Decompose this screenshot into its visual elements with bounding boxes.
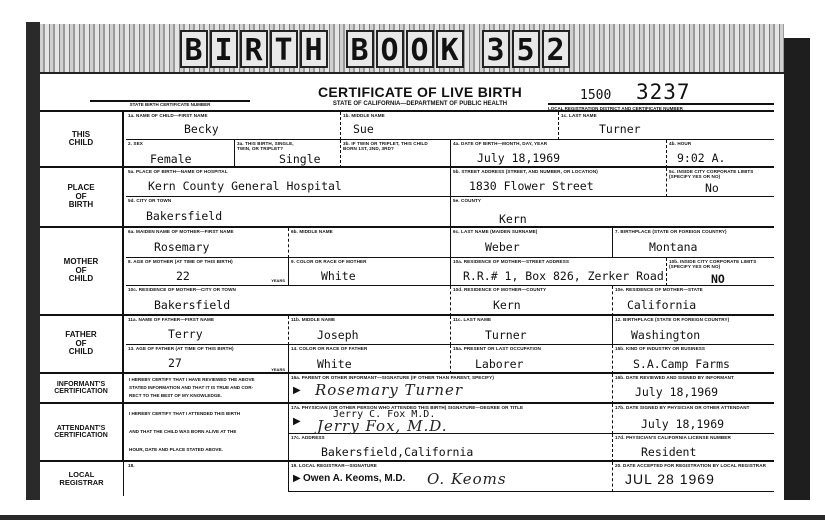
banner-letter: 2 <box>542 30 570 68</box>
field-label: 17d. PHYSICIAN'S CALIFORNIA LICENSE NUMB… <box>615 435 731 440</box>
child-birth-type-cell: 3a. THIS BIRTH, SINGLE, TWIN, OR TRIPLET… <box>234 140 340 168</box>
child-birth-type: Single <box>279 152 321 166</box>
field-label: 5e. COUNTY <box>453 198 481 203</box>
attendant-statement-1: I HEREBY CERTIFY THAT I ATTENDED THIS BI… <box>129 412 240 417</box>
informant-statement-3: RECT TO THE BEST OF MY KNOWLEDGE. <box>129 394 222 399</box>
father-middle-name: Joseph <box>317 328 359 342</box>
field-label: 17c. ADDRESS <box>291 435 325 440</box>
field-label: 1c. LAST NAME <box>561 113 597 118</box>
child-first-name-cell: 1a. NAME OF CHILD—FIRST NAME Becky <box>126 112 340 140</box>
field-label: 12. BIRTHPLACE (STATE OR FOREIGN COUNTRY… <box>615 317 729 322</box>
mother-age-cell: 8. AGE OF MOTHER (AT TIME OF THIS BIRTH)… <box>126 258 288 286</box>
section-registrar: LOCAL REGISTRAR 18. 19. LOCAL REGISTRAR—… <box>40 460 774 496</box>
section-attendant: ATTENDANT'S CERTIFICATION I HEREBY CERTI… <box>40 402 774 460</box>
field-label: 4b. HOUR <box>669 141 691 146</box>
field-label: 11c. LAST NAME <box>453 317 491 322</box>
field-label: 5b. STREET ADDRESS (STREET, AND NUMBER, … <box>453 169 598 174</box>
field-label: 6c. LAST NAME (MAIDEN SURNAME) <box>453 229 537 234</box>
field-label: 15b. KIND OF INDUSTRY OR BUSINESS <box>615 346 705 351</box>
local-certificate-number: 3237 <box>636 80 691 104</box>
state-certificate-number-label: STATE BIRTH CERTIFICATE NUMBER <box>90 100 250 107</box>
registrar-signature-cell: 19. LOCAL REGISTRAR—SIGNATURE ▶ Owen A. … <box>288 462 612 492</box>
child-middle-name: Sue <box>353 122 374 136</box>
field-label: 3b. IF TWIN OR TRIPLET, THIS CHILD BORN … <box>343 141 443 151</box>
birth-street-cell: 5b. STREET ADDRESS (STREET, AND NUMBER, … <box>450 168 666 197</box>
birth-inside-city: No <box>705 181 719 195</box>
child-sex: Female <box>150 152 192 166</box>
section-label-attendant: ATTENDANT'S CERTIFICATION <box>40 404 124 460</box>
mother-last-name: Weber <box>485 240 520 254</box>
child-hour: 9:02 A. <box>677 151 725 165</box>
mother-age: 22 <box>176 269 190 283</box>
field-label: 9. COLOR OR RACE OF MOTHER <box>291 259 367 264</box>
child-middle-name-cell: 1b. MIDDLE NAME Sue <box>340 112 558 140</box>
field-label: 1b. MIDDLE NAME <box>343 113 385 118</box>
section-informant: INFORMANT'S CERTIFICATION I HEREBY CERTI… <box>40 372 774 402</box>
child-birth-order-cell: 3b. IF TWIN OR TRIPLET, THIS CHILD BORN … <box>340 140 450 168</box>
mother-county: Kern <box>493 298 521 312</box>
banner-letter: 3 <box>482 30 510 68</box>
local-district-number: 1500 <box>580 88 611 103</box>
child-last-name-cell: 1c. LAST NAME Turner <box>558 112 774 140</box>
mother-last-name-cell: 6c. LAST NAME (MAIDEN SURNAME) Weber <box>450 228 612 258</box>
banner-letter: H <box>300 30 328 68</box>
birth-county-cell: 5e. COUNTY Kern <box>450 197 774 228</box>
child-last-name: Turner <box>599 122 641 136</box>
field-label: 16a. PARENT OR OTHER INFORMANT—SIGNATURE… <box>291 375 494 380</box>
scan-left-edge <box>26 22 40 500</box>
mother-race: White <box>321 269 356 283</box>
field-label: 16b. DATE REVIEWED AND SIGNED BY INFORMA… <box>615 375 734 380</box>
hospital-name: Kern County General Hospital <box>148 179 342 193</box>
field-label: 11a. NAME OF FATHER—FIRST NAME <box>128 317 214 322</box>
field-label: 10e. RESIDENCE OF MOTHER—STATE <box>615 287 703 292</box>
field-label: 4a. DATE OF BIRTH—MONTH, DAY, YEAR <box>453 141 547 146</box>
field-label: 5a. PLACE OF BIRTH—NAME OF HOSPITAL <box>128 169 228 174</box>
child-dob-cell: 4a. DATE OF BIRTH—MONTH, DAY, YEAR July … <box>450 140 666 168</box>
banner-letter: K <box>436 30 464 68</box>
field-label: 10c. RESIDENCE OF MOTHER—CITY OR TOWN <box>128 287 236 292</box>
birth-county: Kern <box>499 212 527 226</box>
banner-gap <box>466 30 480 68</box>
field-label: 10b. INSIDE CITY CORPORATE LIMITS (SPECI… <box>669 259 769 269</box>
hospital-cell: 5a. PLACE OF BIRTH—NAME OF HOSPITAL Kern… <box>126 168 450 197</box>
informant-statement-2: STATED INFORMATION AND THAT IT IS TRUE A… <box>129 386 253 391</box>
father-last-name-cell: 11c. LAST NAME Turner <box>450 316 612 345</box>
field-label: 7. BIRTHPLACE (STATE OR FOREIGN COUNTRY) <box>615 229 727 234</box>
father-age-cell: 13. AGE OF FATHER (AT TIME OF THIS BIRTH… <box>126 345 288 374</box>
father-middle-name-cell: 11b. MIDDLE NAME Joseph <box>288 316 450 345</box>
banner-letter: B <box>346 30 374 68</box>
section-place-of-birth: PLACE OF BIRTH 5a. PLACE OF BIRTH—NAME O… <box>40 166 774 226</box>
registrar-field-18-cell: 18. <box>126 462 288 498</box>
informant-statement-1: I HEREBY CERTIFY THAT I HAVE REVIEWED TH… <box>129 378 255 383</box>
attendant-date-cell: 17b. DATE SIGNED BY PHYSICIAN OR OTHER A… <box>612 404 774 434</box>
scan-right-edge <box>784 38 810 500</box>
mother-city: Bakersfield <box>154 298 230 312</box>
mother-county-cell: 10d. RESIDENCE OF MOTHER—COUNTY Kern <box>450 286 612 316</box>
registrar-date-stamp: JUL 28 1969 <box>625 471 715 487</box>
banner-letter: B <box>180 30 208 68</box>
father-birthplace: Washington <box>631 328 700 342</box>
pointer-arrow-icon: ▶ <box>293 473 301 484</box>
attendant-license-cell: 17d. PHYSICIAN'S CALIFORNIA LICENSE NUMB… <box>612 434 774 462</box>
informant-signature: Rosemary Turner <box>315 381 463 399</box>
field-label: 1a. NAME OF CHILD—FIRST NAME <box>128 113 208 118</box>
registrar-printed-name: Owen A. Keoms, M.D. <box>303 473 405 484</box>
pointer-arrow-icon: ▶ <box>293 416 301 427</box>
section-this-child: THIS CHILD 1a. NAME OF CHILD—FIRST NAME … <box>40 110 774 166</box>
father-industry: S.A.Camp Farms <box>633 357 730 371</box>
child-hour-cell: 4b. HOUR 9:02 A. <box>666 140 774 168</box>
certificate-form: CERTIFICATE OF LIVE BIRTH STATE OF CALIF… <box>40 76 784 500</box>
birth-inside-city-cell: 5c. INSIDE CITY CORPORATE LIMITS (SPECIF… <box>666 168 774 197</box>
section-father: FATHER OF CHILD 11a. NAME OF FATHER—FIRS… <box>40 314 774 372</box>
banner-letter: O <box>376 30 404 68</box>
field-label: 5d. CITY OR TOWN <box>128 198 171 203</box>
attendant-date: July 18,1969 <box>641 417 724 431</box>
banner-gap <box>330 30 344 68</box>
father-race-cell: 14. COLOR OR RACE OF FATHER White <box>288 345 450 374</box>
field-label: 6a. MAIDEN NAME OF MOTHER—FIRST NAME <box>128 229 234 234</box>
birth-street: 1830 Flower Street <box>469 179 594 193</box>
informant-date: July 18,1969 <box>635 385 718 399</box>
field-label: 15a. PRESENT OR LAST OCCUPATION <box>453 346 541 351</box>
field-label: 5c. INSIDE CITY CORPORATE LIMITS (SPECIF… <box>669 169 769 179</box>
birth-city: Bakersfield <box>146 209 222 223</box>
informant-statement-cell: I HEREBY CERTIFY THAT I HAVE REVIEWED TH… <box>126 374 288 404</box>
field-label: 8. AGE OF MOTHER (AT TIME OF THIS BIRTH) <box>128 259 233 264</box>
banner-letter: 5 <box>512 30 540 68</box>
field-label: 10a. RESIDENCE OF MOTHER—STREET ADDRESS <box>453 259 569 264</box>
mother-state: California <box>627 298 696 312</box>
banner-title: B I R T H B O O K 3 5 2 <box>180 30 570 68</box>
mother-state-cell: 10e. RESIDENCE OF MOTHER—STATE Californi… <box>612 286 774 316</box>
registrar-date-cell: 20. DATE ACCEPTED FOR REGISTRATION BY LO… <box>612 462 774 492</box>
birth-book-banner: B I R T H B O O K 3 5 2 <box>40 24 784 74</box>
attendant-signature-cell: 17a. PHYSICIAN (OR OTHER PERSON WHO ATTE… <box>288 404 612 434</box>
section-label-mother: MOTHER OF CHILD <box>40 228 124 314</box>
pointer-arrow-icon: ▶ <box>293 385 301 396</box>
field-label: 17b. DATE SIGNED BY PHYSICIAN OR OTHER A… <box>615 405 750 410</box>
certificate-subtitle: STATE OF CALIFORNIA—DEPARTMENT OF PUBLIC… <box>290 101 550 107</box>
mother-middle-name-cell: 6b. MIDDLE NAME <box>288 228 450 258</box>
banner-letter: R <box>240 30 268 68</box>
mother-race-cell: 9. COLOR OR RACE OF MOTHER White <box>288 258 450 286</box>
section-label-informant: INFORMANT'S CERTIFICATION <box>40 374 124 402</box>
years-label: YEARS <box>271 278 285 283</box>
field-label: 19. LOCAL REGISTRAR—SIGNATURE <box>291 463 377 468</box>
mother-birthplace: Montana <box>649 240 697 254</box>
banner-letter: T <box>270 30 298 68</box>
certificate-header: CERTIFICATE OF LIVE BIRTH STATE OF CALIF… <box>290 84 550 107</box>
child-sex-cell: 2. SEX Female <box>126 140 234 168</box>
section-label-father: FATHER OF CHILD <box>40 316 124 372</box>
attendant-address-cell: 17c. ADDRESS Bakersfield,California <box>288 434 612 462</box>
mother-first-name: Rosemary <box>154 240 209 254</box>
attendant-license: Resident <box>641 445 696 459</box>
field-label: 2. SEX <box>128 141 143 146</box>
father-age: 27 <box>168 356 182 370</box>
attendant-statement-cell: I HEREBY CERTIFY THAT I ATTENDED THIS BI… <box>126 404 288 462</box>
attendant-signature: Jerry Fox, M.D. <box>317 417 447 435</box>
field-label: 3a. THIS BIRTH, SINGLE, TWIN, OR TRIPLET… <box>237 141 299 151</box>
attendant-address: Bakersfield,California <box>321 445 473 459</box>
banner-letter: I <box>210 30 238 68</box>
birth-city-cell: 5d. CITY OR TOWN Bakersfield <box>126 197 450 228</box>
registrar-signature: O. Keoms <box>427 470 507 488</box>
informant-signature-cell: 16a. PARENT OR OTHER INFORMANT—SIGNATURE… <box>288 374 612 404</box>
informant-date-cell: 16b. DATE REVIEWED AND SIGNED BY INFORMA… <box>612 374 774 404</box>
field-label: 20. DATE ACCEPTED FOR REGISTRATION BY LO… <box>615 463 766 468</box>
scan-bottom-edge <box>0 515 825 520</box>
mother-city-cell: 10c. RESIDENCE OF MOTHER—CITY OR TOWN Ba… <box>126 286 450 316</box>
field-label: 6b. MIDDLE NAME <box>291 229 333 234</box>
field-label: 13. AGE OF FATHER (AT TIME OF THIS BIRTH… <box>128 346 234 351</box>
field-label: 10d. RESIDENCE OF MOTHER—COUNTY <box>453 287 546 292</box>
certificate-title: CERTIFICATE OF LIVE BIRTH <box>290 84 550 100</box>
father-first-name: Terry <box>168 327 203 341</box>
mother-inside-city: NO <box>711 272 725 286</box>
mother-inside-city-cell: 10b. INSIDE CITY CORPORATE LIMITS (SPECI… <box>666 258 774 286</box>
section-label-place: PLACE OF BIRTH <box>40 168 124 226</box>
father-birthplace-cell: 12. BIRTHPLACE (STATE OR FOREIGN COUNTRY… <box>612 316 774 345</box>
father-industry-cell: 15b. KIND OF INDUSTRY OR BUSINESS S.A.Ca… <box>612 345 774 374</box>
child-dob: July 18,1969 <box>477 151 560 165</box>
attendant-statement-3: HOUR, DATE AND PLACE STATED ABOVE. <box>129 448 223 453</box>
field-label: 14. COLOR OR RACE OF FATHER <box>291 346 367 351</box>
father-occupation-cell: 15a. PRESENT OR LAST OCCUPATION Laborer <box>450 345 612 374</box>
banner-letter: O <box>406 30 434 68</box>
section-label-child: THIS CHILD <box>40 112 124 166</box>
child-first-name: Becky <box>184 122 219 136</box>
field-label: 11b. MIDDLE NAME <box>291 317 335 322</box>
field-label: 18. <box>128 463 135 468</box>
mother-street: R.R.# 1, Box 826, Zerker Road <box>463 269 664 283</box>
father-last-name: Turner <box>485 328 527 342</box>
section-mother: MOTHER OF CHILD 6a. MAIDEN NAME OF MOTHE… <box>40 226 774 314</box>
attendant-statement-2: AND THAT THE CHILD WAS BORN ALIVE AT THE <box>129 430 236 435</box>
mother-street-cell: 10a. RESIDENCE OF MOTHER—STREET ADDRESS … <box>450 258 666 286</box>
father-race: White <box>317 357 352 371</box>
father-first-name-cell: 11a. NAME OF FATHER—FIRST NAME Terry <box>126 316 288 345</box>
mother-first-name-cell: 6a. MAIDEN NAME OF MOTHER—FIRST NAME Ros… <box>126 228 288 258</box>
section-label-registrar: LOCAL REGISTRAR <box>40 462 124 496</box>
father-occupation: Laborer <box>475 357 523 371</box>
mother-birthplace-cell: 7. BIRTHPLACE (STATE OR FOREIGN COUNTRY)… <box>612 228 774 258</box>
